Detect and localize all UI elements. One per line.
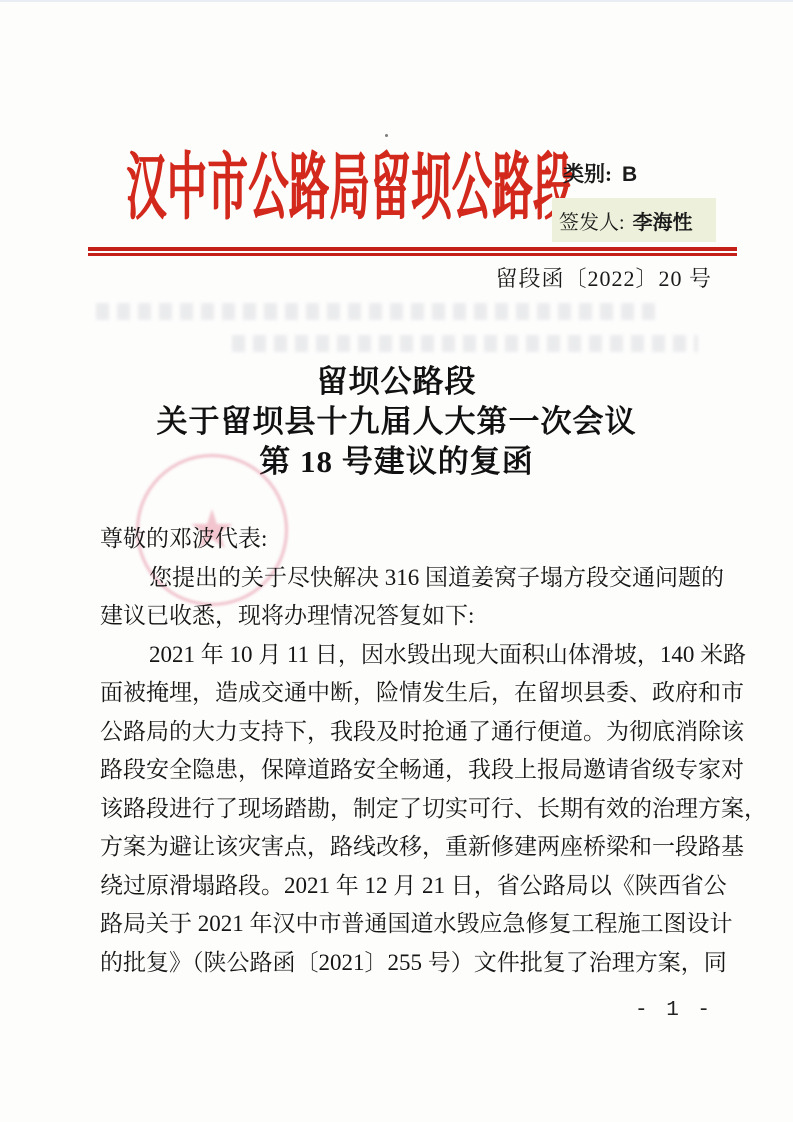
body-text-line: 方案为避让该灾害点，路线改移，重新修建两座桥梁和一段路基: [100, 828, 722, 867]
category-value: B: [622, 163, 637, 186]
category-field: 类别:B: [563, 158, 637, 188]
document-title-line: 第 18 号建议的复函: [0, 442, 793, 482]
rule-thin-line: [88, 253, 737, 256]
body-text-line: 绕过原滑塌路段。2021 年 12 月 21 日，省公路局以《陕西省公: [100, 867, 722, 906]
document-title-line: 留坝公路段: [0, 362, 793, 402]
issuer-label: 签发人:: [559, 206, 625, 235]
page-number: - 1 -: [0, 999, 713, 1022]
body-text-line: 公路局的大力支持下，我段及时抢通了通行便道。为彻底消除该: [100, 713, 722, 752]
body-text-line: 建议已收悉，现将办理情况答复如下:: [100, 597, 722, 636]
bleed-through-text: [96, 303, 656, 320]
issuer-field: 签发人: 李海性: [552, 198, 716, 242]
agency-masthead: 汉中市公路局留坝公路段: [126, 151, 574, 224]
bleed-through-text: [232, 335, 698, 352]
body-text-line: 面被掩埋，造成交通中断，险情发生后，在留坝县委、政府和市: [100, 674, 722, 713]
scan-speck: [385, 134, 388, 137]
body-text-line: 尊敬的邓波代表:: [100, 520, 722, 559]
letter-body: 尊敬的邓波代表:您提出的关于尽快解决 316 国道姜窝子塌方段交通问题的建议已收…: [100, 520, 722, 982]
red-separator-rule: [88, 247, 737, 257]
document-number: 留段函〔2022〕20 号: [0, 262, 712, 293]
category-label: 类别:: [563, 162, 612, 186]
document-title-line: 关于留坝县十九届人大第一次会议: [0, 402, 793, 442]
scanned-official-letter-page: 汉中市公路局留坝公路段 类别:B 签发人: 李海性 留段函〔2022〕20 号 …: [0, 0, 793, 1122]
issuer-name: 李海性: [633, 206, 693, 235]
document-title: 留坝公路段关于留坝县十九届人大第一次会议第 18 号建议的复函: [0, 362, 793, 482]
body-text-line: 该路段进行了现场踏勘，制定了切实可行、长期有效的治理方案，: [100, 790, 722, 829]
body-text-line: 2021 年 10 月 11 日，因水毁出现大面积山体滑坡，140 米路: [100, 636, 722, 675]
body-text-line: 路局关于 2021 年汉中市普通国道水毁应急修复工程施工图设计: [100, 905, 722, 944]
body-text-line: 您提出的关于尽快解决 316 国道姜窝子塌方段交通问题的: [100, 559, 722, 598]
body-text-line: 的批复》（陕公路函〔2021〕255 号）文件批复了治理方案，同: [100, 944, 722, 983]
body-text-line: 路段安全隐患，保障道路安全畅通，我段上报局邀请省级专家对: [100, 751, 722, 790]
